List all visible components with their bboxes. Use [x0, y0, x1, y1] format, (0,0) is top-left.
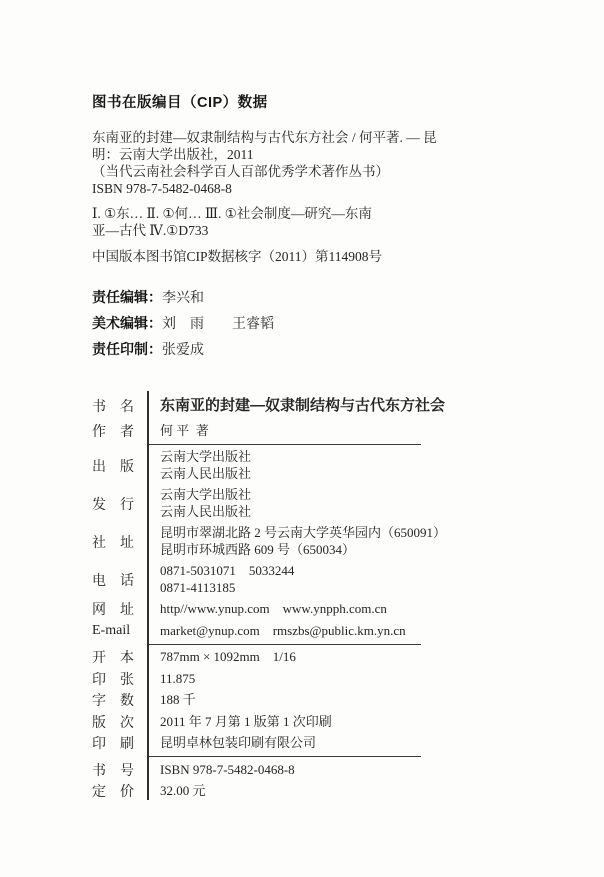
colophon-label: 发 行 — [92, 494, 147, 514]
edition-value: 2011 年 7 月第 1 版第 1 次印刷 — [160, 714, 332, 731]
cip-classification: Ⅰ. ①东… Ⅱ. ①何… Ⅲ. ①社会制度—研究—东南 亚—古代 Ⅳ.①D73… — [92, 205, 532, 239]
phone-value-line: 0871-5031071 5033244 — [160, 563, 294, 580]
section-divider — [147, 644, 421, 645]
page-content: 图书在版编目（CIP）数据 东南亚的封建—奴隶制结构与古代东方社会 / 何平著.… — [92, 95, 532, 802]
colophon-label: 书 号 — [92, 760, 147, 780]
colophon-row-author: 作 者 何 平 著 — [92, 420, 532, 442]
cip-description-line: 东南亚的封建—奴隶制结构与古代东方社会 / 何平著. — 昆 — [92, 129, 532, 146]
website-value: http//www.ynup.com www.ynpph.com.cn — [160, 601, 387, 618]
book-copyright-page: 图书在版编目（CIP）数据 东南亚的封建—奴隶制结构与古代东方社会 / 何平著.… — [0, 0, 604, 877]
editor-row-art-editor: 美术编辑：刘 雨 王睿韬 — [92, 311, 532, 337]
colophon-label: 书 名 — [92, 396, 147, 416]
colophon-row-website: 网 址 http//www.ynup.com www.ynpph.com.cn — [92, 599, 532, 621]
cip-description-line: 明：云南大学出版社，2011 — [92, 146, 532, 163]
colophon-label: 开 本 — [92, 647, 147, 667]
colophon-row-book-title: 书 名 东南亚的封建—奴隶制结构与古代东方社会 — [92, 391, 532, 420]
editor-label: 责任印制： — [92, 341, 162, 357]
distributor-value-line: 云南大学出版社 — [160, 487, 251, 504]
colophon-label: 社 址 — [92, 532, 147, 552]
author-value: 何 平 著 — [160, 423, 209, 440]
colophon-row-printed-sheets: 印 张 11.875 — [92, 668, 532, 690]
colophon-row-email: E-mail market@ynup.com rmszbs@public.km.… — [92, 620, 532, 642]
colophon-row-isbn: 书 号 ISBN 978-7-5482-0468-8 — [92, 759, 532, 781]
colophon-row-phone: 电 话 0871-5031071 5033244 0871-4113185 — [92, 561, 532, 599]
cip-isbn-line: ISBN 978-7-5482-0468-8 — [92, 180, 532, 197]
word-count-value: 188 千 — [160, 692, 196, 709]
address-value-line: 昆明市环城西路 609 号（650034） — [160, 542, 446, 559]
colophon-row-price: 定 价 32.00 元 — [92, 781, 532, 803]
publisher-value-line: 云南大学出版社 — [160, 449, 251, 466]
colophon-label: 印 张 — [92, 669, 147, 689]
editor-row-print-supervisor: 责任印制：张爱成 — [92, 337, 532, 363]
cip-description: 东南亚的封建—奴隶制结构与古代东方社会 / 何平著. — 昆 明：云南大学出版社… — [92, 129, 532, 197]
table-vertical-rule — [147, 391, 149, 800]
editor-row-responsible-editor: 责任编辑：李兴和 — [92, 285, 532, 311]
colophon-label: E-mail — [92, 623, 147, 639]
editor-name: 李兴和 — [162, 291, 204, 306]
colophon-row-address: 社 址 昆明市翠湖北路 2 号云南大学英华园内（650091） 昆明市环城西路 … — [92, 523, 532, 561]
book-title-value: 东南亚的封建—奴隶制结构与古代东方社会 — [160, 396, 445, 415]
colophon-label: 定 价 — [92, 781, 147, 801]
cip-classification-line: Ⅰ. ①东… Ⅱ. ①何… Ⅲ. ①社会制度—研究—东南 — [92, 205, 532, 222]
editor-name: 刘 雨 王睿韬 — [162, 317, 274, 332]
cip-heading: 图书在版编目（CIP）数据 — [92, 95, 532, 112]
cip-classification-line: 亚—古代 Ⅳ.①D733 — [92, 222, 532, 239]
colophon-row-edition: 版 次 2011 年 7 月第 1 版第 1 次印刷 — [92, 711, 532, 733]
phone-value-line: 0871-4113185 — [160, 580, 294, 597]
cip-record-number: 中国版本图书馆CIP数据核字（2011）第114908号 — [92, 248, 532, 265]
address-value-line: 昆明市翠湖北路 2 号云南大学英华园内（650091） — [160, 525, 446, 542]
editor-label: 美术编辑： — [92, 315, 162, 331]
editors-section: 责任编辑：李兴和 美术编辑：刘 雨 王睿韬 责任印制：张爱成 — [92, 285, 532, 363]
colophon-table: 书 名 东南亚的封建—奴隶制结构与古代东方社会 作 者 何 平 著 出 版 云南… — [92, 391, 532, 802]
colophon-row-word-count: 字 数 188 千 — [92, 690, 532, 712]
colophon-label: 电 话 — [92, 570, 147, 590]
printer-value: 昆明卓林包装印刷有限公司 — [160, 735, 316, 752]
editor-label: 责任编辑： — [92, 289, 162, 305]
publisher-value-line: 云南人民出版社 — [160, 466, 251, 483]
colophon-label: 字 数 — [92, 690, 147, 710]
format-value: 787mm × 1092mm 1/16 — [160, 649, 296, 666]
colophon-row-printer: 印 刷 昆明卓林包装印刷有限公司 — [92, 733, 532, 755]
editor-name: 张爱成 — [162, 343, 204, 358]
colophon-row-format: 开 本 787mm × 1092mm 1/16 — [92, 647, 532, 669]
email-value: market@ynup.com rmszbs@public.km.yn.cn — [160, 623, 406, 640]
section-divider — [147, 756, 421, 757]
cip-description-line: （当代云南社会科学百人百部优秀学术著作丛书） — [92, 163, 532, 180]
colophon-label: 版 次 — [92, 712, 147, 732]
printed-sheets-value: 11.875 — [160, 671, 195, 688]
colophon-label: 作 者 — [92, 421, 147, 441]
colophon-row-publisher: 出 版 云南大学出版社 云南人民出版社 — [92, 447, 532, 485]
price-value: 32.00 元 — [160, 783, 206, 800]
colophon-row-distributor: 发 行 云南大学出版社 云南人民出版社 — [92, 485, 532, 523]
distributor-value-line: 云南人民出版社 — [160, 504, 251, 521]
isbn-value: ISBN 978-7-5482-0468-8 — [160, 762, 295, 779]
colophon-label: 出 版 — [92, 456, 147, 476]
colophon-label: 网 址 — [92, 599, 147, 619]
colophon-label: 印 刷 — [92, 733, 147, 753]
section-divider — [147, 444, 421, 445]
